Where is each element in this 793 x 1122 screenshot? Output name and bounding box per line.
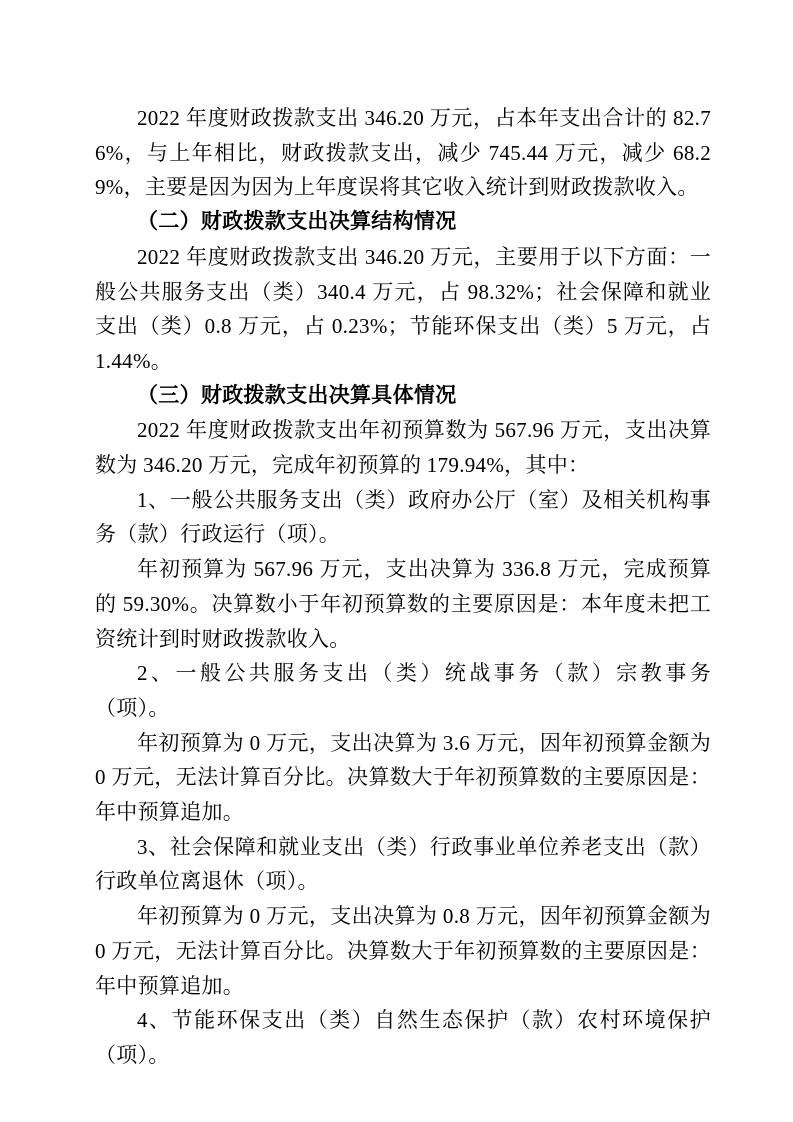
body-paragraph: 年初预算为 0 万元，支出决算为 3.6 万元，因年初预算金额为 0 万元，无法…	[95, 726, 711, 830]
body-paragraph: 年初预算为 567.96 万元，支出决算为 336.8 万元，完成预算的 59.…	[95, 552, 711, 656]
body-paragraph: 年初预算为 0 万元，支出决算为 0.8 万元，因年初预算金额为 0 万元，无法…	[95, 899, 711, 1003]
body-paragraph: 2022 年度财政拨款支出年初预算数为 567.96 万元，支出决算数为 346…	[95, 413, 711, 482]
document-body: 2022 年度财政拨款支出 346.20 万元，占本年支出合计的 82.76%，…	[95, 101, 711, 1073]
body-paragraph: 4、节能环保支出（类）自然生态保护（款）农村环境保护（项）。	[95, 1003, 711, 1072]
section-heading: （二）财政拨款支出决算结构情况	[95, 205, 711, 240]
section-heading: （三）财政拨款支出决算具体情况	[95, 379, 711, 414]
body-paragraph: 1、一般公共服务支出（类）政府办公厅（室）及相关机构事务（款）行政运行（项）。	[95, 483, 711, 552]
body-paragraph: 2022 年度财政拨款支出 346.20 万元，主要用于以下方面：一般公共服务支…	[95, 240, 711, 379]
body-paragraph: 3、社会保障和就业支出（类）行政事业单位养老支出（款）行政单位离退休（项）。	[95, 830, 711, 899]
body-paragraph: 2022 年度财政拨款支出 346.20 万元，占本年支出合计的 82.76%，…	[95, 101, 711, 205]
document-page: 2022 年度财政拨款支出 346.20 万元，占本年支出合计的 82.76%，…	[0, 0, 793, 1122]
body-paragraph: 2、一般公共服务支出（类）统战事务（款）宗教事务（项）。	[95, 656, 711, 725]
